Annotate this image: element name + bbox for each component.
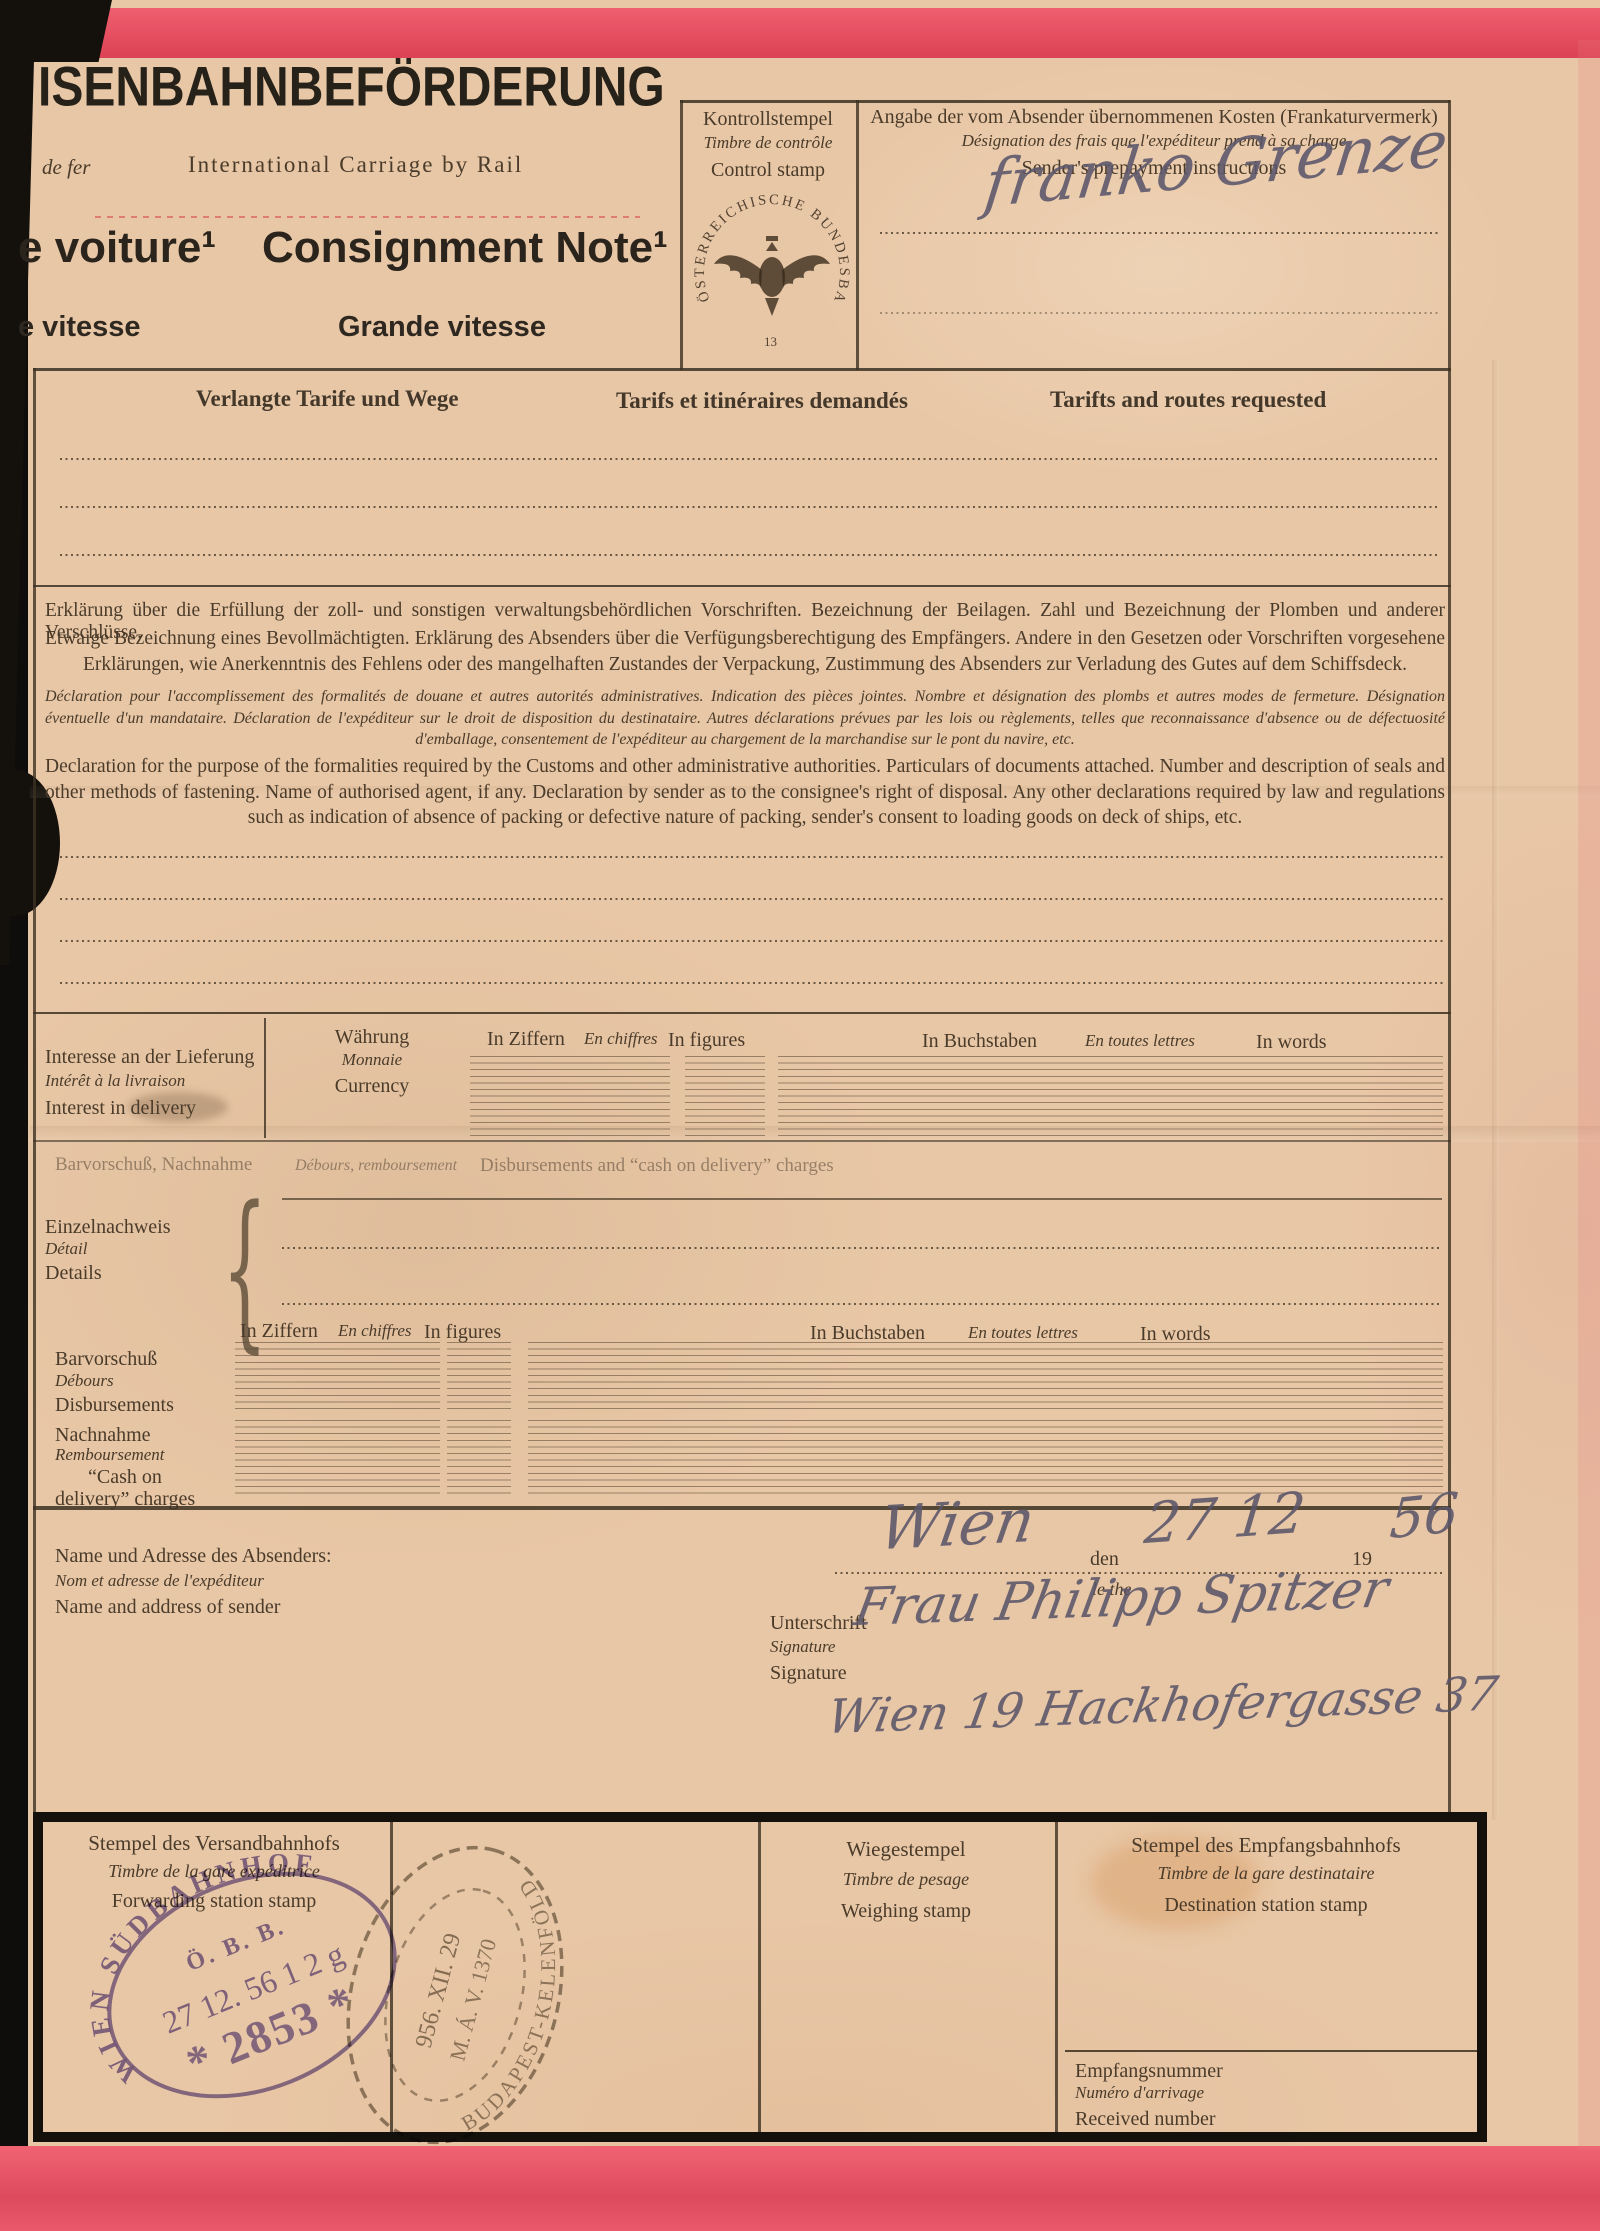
doc-name-french: e voiture¹: [18, 224, 216, 272]
interest-ruled-figures: [470, 1056, 670, 1140]
tariffs-dotted-line-1: [60, 458, 1440, 460]
declaration-top-rule: [33, 585, 1451, 587]
interest-words-fr: En toutes lettres: [1085, 1032, 1195, 1051]
cod-label-fr: Remboursement: [55, 1446, 165, 1465]
scan-corner-black: [0, 0, 112, 62]
destination-label-de: Stempel des Empfangsbahnhofs: [1131, 1834, 1400, 1857]
form-title: ISENBAHNBEFÖRDERUNG: [38, 56, 665, 118]
details-dotted-line-1: [282, 1247, 1442, 1249]
received-label-de: Empfangsnummer: [1075, 2060, 1223, 2082]
amounts-words-fr: En toutes lettres: [968, 1324, 1078, 1343]
speed-french: e vitesse: [18, 312, 141, 344]
doc-name-english: Consignment Note¹: [262, 224, 668, 272]
disbursements-label-en: Disbursements: [55, 1394, 174, 1416]
writein-dotted-line-2: [60, 898, 1445, 900]
details-label-de: Einzelnachweis: [45, 1216, 171, 1238]
cod-top-rule: [33, 1140, 1451, 1142]
tariffs-label-fr: Tarifs et itinéraires demandés: [616, 388, 908, 413]
stampbox-divider-3: [1055, 1822, 1058, 2132]
disbursements-ruled-figures: [235, 1342, 440, 1412]
stampbox-border-left: [33, 1812, 43, 2142]
scanned-consignment-note: ISENBAHNBEFÖRDERUNG de fer International…: [0, 0, 1600, 2231]
form-right-border: [1448, 100, 1451, 1812]
signature-label-fr: Signature: [770, 1638, 835, 1657]
currency-label-de: Währung: [335, 1026, 409, 1048]
red-crease-line: [95, 216, 640, 218]
cod-label-de: Nachnahme: [55, 1424, 151, 1446]
right-edge-tint: [1578, 40, 1600, 2150]
received-label-en: Received number: [1075, 2108, 1216, 2130]
details-label-en: Details: [45, 1262, 102, 1284]
prepayment-dotted-line-1: [880, 232, 1440, 234]
sender-label-de: Name und Adresse des Absenders:: [55, 1545, 332, 1567]
declaration-fr-line2: éventuelle d'un mandataire. Déclaration …: [45, 710, 1445, 728]
control-stamp-label-fr: Timbre de contrôle: [704, 134, 833, 153]
destination-label-en: Destination station stamp: [1164, 1894, 1367, 1916]
prepayment-dotted-line-2: [880, 312, 1440, 314]
interest-label-de: Interesse an der Lieferung: [45, 1046, 254, 1068]
interest-figures-fr: En chiffres: [584, 1030, 658, 1049]
interest-top-rule: [33, 1012, 1451, 1014]
interest-figures-de: In Ziffern: [487, 1028, 565, 1050]
received-label-fr: Numéro d'arrivage: [1075, 2084, 1204, 2103]
cod-header-fr: Débours, remboursement: [295, 1157, 457, 1175]
weighing-label-en: Weighing stamp: [841, 1900, 971, 1922]
cod-label-en-1: “Cash on: [88, 1466, 162, 1488]
declaration-fr-line3: d'emballage, consentement de l'expéditeu…: [45, 731, 1445, 749]
interest-words-de: In Buchstaben: [922, 1030, 1037, 1052]
details-dotted-line-2: [282, 1303, 1442, 1305]
stampbox-border-right: [1477, 1812, 1487, 2142]
bottom-red-band: [0, 2146, 1600, 2231]
date-den-label: den: [1090, 1548, 1119, 1570]
disbursements-label-de: Barvorschuß: [55, 1348, 157, 1370]
subtitle-french-de-fer: de fer: [42, 156, 90, 179]
writein-dotted-line-4: [60, 982, 1445, 984]
received-number-rule: [1065, 2050, 1477, 2052]
declaration-en-line3: such as indication of absence of packing…: [45, 807, 1445, 829]
disbursements-ruled-words: [528, 1342, 1443, 1412]
currency-label-en: Currency: [335, 1075, 409, 1097]
date-daymonth-handwriting: 27 12: [1142, 1480, 1309, 1557]
table-top-rule: [33, 368, 1451, 371]
crease-right: [1492, 360, 1499, 1820]
declaration-de-line3: Erklärungen, wie Anerkenntnis des Fehlen…: [45, 654, 1445, 676]
date-year-handwriting: 56: [1388, 1480, 1461, 1551]
declaration-de-line2: Etwaige Bezeichnung eines Bevollmächtigt…: [45, 628, 1445, 650]
transit-station-stamp: BUDAPEST-KELENFÖLD 956. XII. 29 M. Á. V.…: [265, 1780, 645, 2210]
eagle-icon: [714, 236, 830, 316]
amounts-figures-en: In figures: [424, 1321, 501, 1343]
tariffs-dotted-line-3: [60, 554, 1440, 556]
weighing-label-de: Wiegestempel: [846, 1838, 965, 1861]
signature-label-en: Signature: [770, 1662, 847, 1684]
details-solid-line: [282, 1198, 1442, 1200]
declaration-en-line2: other methods of fastening. Name of auth…: [45, 782, 1445, 804]
amounts-figures-fr: En chiffres: [338, 1322, 412, 1341]
stampbox-divider-2: [758, 1822, 761, 2132]
currency-label-fr: Monnaie: [342, 1051, 402, 1070]
header-box-top-rule: [680, 100, 1450, 103]
weighing-label-fr: Timbre de pesage: [843, 1870, 969, 1890]
amounts-figures-de: In Ziffern: [240, 1320, 318, 1342]
disbursements-ruled-decimals: [447, 1342, 511, 1412]
carriage-by-rail-label: International Carriage by Rail: [188, 152, 523, 177]
speed-english: Grande vitesse: [338, 312, 546, 344]
date-place-handwriting: Wien: [874, 1486, 1039, 1565]
cod-ruled-decimals: [447, 1420, 511, 1496]
declaration-fr-line1: Déclaration pour l'accomplissement des f…: [45, 688, 1445, 706]
seal-number: 13: [764, 334, 777, 349]
sender-label-fr: Nom et adresse de l'expéditeur: [55, 1572, 264, 1591]
interest-label-fr: Intérêt à la livraison: [45, 1072, 185, 1091]
railway-seal-stamp: ÖSTERREICHISCHE BUNDESBAHNEN 13: [680, 178, 864, 362]
top-red-band: [98, 8, 1600, 58]
interest-ruled-decimals: [685, 1056, 765, 1140]
declaration-en-line1: Declaration for the purpose of the forma…: [45, 756, 1445, 778]
cod-header-en: Disbursements and “cash on delivery” cha…: [480, 1156, 834, 1177]
destination-label-fr: Timbre de la gare destinataire: [1158, 1864, 1375, 1884]
tariffs-label-en: Tarifts and routes requested: [1050, 387, 1326, 412]
sender-label-en: Name and address of sender: [55, 1596, 280, 1618]
tariffs-dotted-line-2: [60, 506, 1440, 508]
disbursements-label-fr: Débours: [55, 1372, 114, 1391]
interest-figures-en: In figures: [668, 1029, 745, 1051]
details-label-fr: Détail: [45, 1240, 88, 1259]
interest-label-en: Interest in delivery: [45, 1097, 196, 1119]
interest-ruled-words: [778, 1056, 1443, 1140]
amounts-words-de: In Buchstaben: [810, 1322, 925, 1344]
interest-words-en: In words: [1256, 1031, 1327, 1053]
cod-ruled-figures: [235, 1420, 440, 1496]
tariffs-label-de: Verlangte Tarife und Wege: [196, 386, 459, 411]
writein-dotted-line-3: [60, 940, 1445, 942]
writein-dotted-line-1: [60, 856, 1445, 858]
control-stamp-label-de: Kontrollstempel: [703, 108, 833, 130]
interest-divider: [264, 1018, 266, 1138]
stampbox-border-top: [33, 1812, 1487, 1822]
